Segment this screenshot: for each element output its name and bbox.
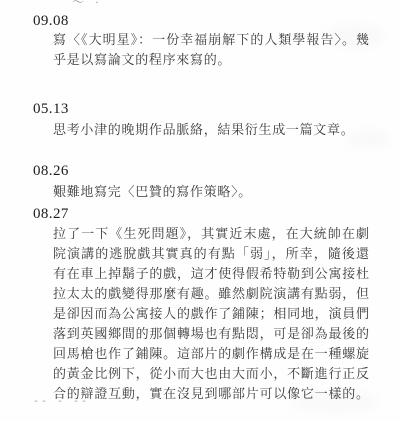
entry-date: 08.27 bbox=[33, 205, 69, 223]
cropped-text-fragment-top: 〜 · bbox=[72, 0, 103, 8]
entry-line: 艱難地寫完〈巴贊的寫作策略〉。 bbox=[53, 182, 369, 202]
entry-line: 有在車上掉鬍子的戲，這才使得假希特勒到公寓接杜 bbox=[53, 264, 369, 284]
entry-line: 回馬槍也作了鋪陳。這部片的劇作構成是在一種螺旋 bbox=[53, 344, 369, 364]
entry-line: 合的辯證互動，實在沒見到哪部片可以像它一樣的。 bbox=[53, 384, 369, 404]
entry-line: 的黃金比例下，從小而大也由大而小，不斷進行正反 bbox=[53, 364, 369, 384]
entry-line: 拉太太的戲變得那麼有趣。雖然劇院演講有點弱，但 bbox=[53, 284, 369, 304]
cropped-text-fragment-bottom: -- - -- bbox=[33, 398, 89, 408]
entry-line: 落到英國鄉間的那個轉場也有點悶，可是卻為最後的 bbox=[53, 324, 369, 344]
entry-date: 08.26 bbox=[33, 162, 69, 180]
entry-date: 09.08 bbox=[33, 12, 69, 30]
entry-date: 05.13 bbox=[33, 100, 69, 118]
entry-line: 乎是以寫論文的程序來寫的。 bbox=[53, 50, 369, 70]
entry-line: 院演講的逃脫戲其實真的有點「弱」，所幸，隨後還 bbox=[53, 244, 369, 264]
entry-line: 是卻因而為公寓接人的戲作了鋪陳；相同地，演員們 bbox=[53, 304, 369, 324]
entry-line: 思考小津的晚期作品脈絡，結果衍生成一篇文章。 bbox=[53, 120, 369, 140]
entry-line: 拉了一下《生死問題》，其實近末處，在大統帥在劇 bbox=[53, 224, 369, 244]
document-page: 〜 · 09.08 寫〈《大明星》：一份幸福崩解下的人類學報告〉。幾 乎是以寫論… bbox=[0, 0, 400, 421]
entry-line: 寫〈《大明星》：一份幸福崩解下的人類學報告〉。幾 bbox=[53, 30, 369, 50]
